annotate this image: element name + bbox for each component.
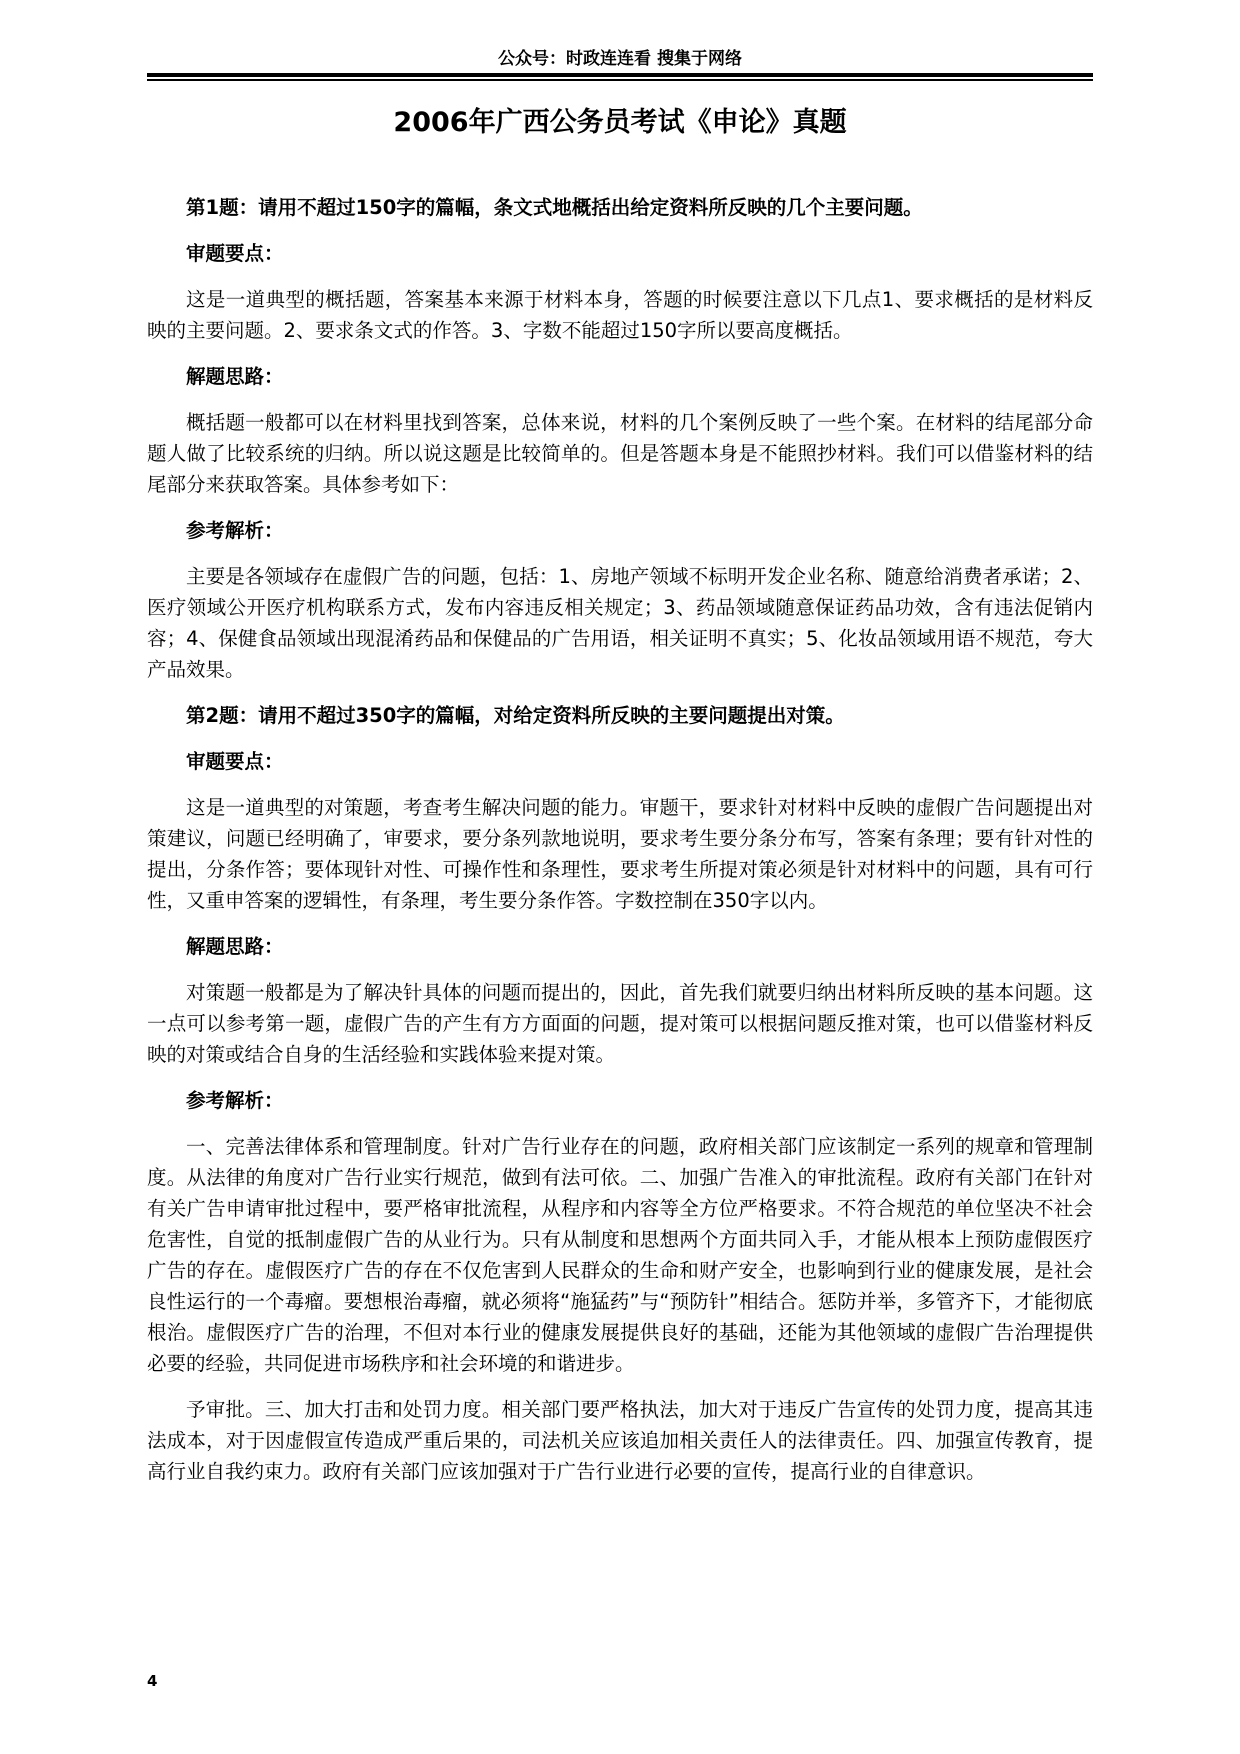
paragraph: 这是一道典型的概括题，答案基本来源于材料本身，答题的时候要注意以下几点1、要求概… [147, 284, 1093, 346]
paragraph: 一、完善法律体系和管理制度。针对广告行业存在的问题，政府相关部门应该制定一系列的… [147, 1131, 1093, 1379]
question-2: 第2题：请用不超过350字的篇幅，对给定资料所反映的主要问题提出对策。 审题要点… [147, 700, 1093, 1487]
question-heading: 第1题：请用不超过150字的篇幅，条文式地概括出给定资料所反映的几个主要问题。 [147, 192, 1093, 223]
question-heading: 第2题：请用不超过350字的篇幅，对给定资料所反映的主要问题提出对策。 [147, 700, 1093, 731]
question-1: 第1题：请用不超过150字的篇幅，条文式地概括出给定资料所反映的几个主要问题。 … [147, 192, 1093, 685]
page-number: 4 [147, 1672, 157, 1690]
paragraph: 主要是各领域存在虚假广告的问题，包括：1、房地产领域不标明开发企业名称、随意给消… [147, 561, 1093, 685]
section-label-reference-answer: 参考解析： [147, 1085, 1093, 1116]
paragraph: 概括题一般都可以在材料里找到答案，总体来说，材料的几个案例反映了一些个案。在材料… [147, 407, 1093, 500]
page-header-source: 公众号：时政连连看 搜集于网络 [147, 44, 1093, 69]
section-label-reference-answer: 参考解析： [147, 515, 1093, 546]
document-title: 2006年广西公务员考试《申论》真题 [147, 100, 1093, 139]
paragraph: 对策题一般都是为了解决针具体的问题而提出的，因此，首先我们就要归纳出材料所反映的… [147, 977, 1093, 1070]
paragraph: 这是一道典型的对策题，考查考生解决问题的能力。审题干，要求针对材料中反映的虚假广… [147, 792, 1093, 916]
header-rule-thin [147, 79, 1093, 81]
section-label-approach: 解题思路： [147, 361, 1093, 392]
section-label-approach: 解题思路： [147, 931, 1093, 962]
section-label-review-points: 审题要点： [147, 238, 1093, 269]
document-body: 第1题：请用不超过150字的篇幅，条文式地概括出给定资料所反映的几个主要问题。 … [147, 192, 1093, 1502]
section-label-review-points: 审题要点： [147, 746, 1093, 777]
header-rule-thick [147, 73, 1093, 77]
paragraph: 予审批。三、加大打击和处罚力度。相关部门要严格执法，加大对于违反广告宣传的处罚力… [147, 1394, 1093, 1487]
